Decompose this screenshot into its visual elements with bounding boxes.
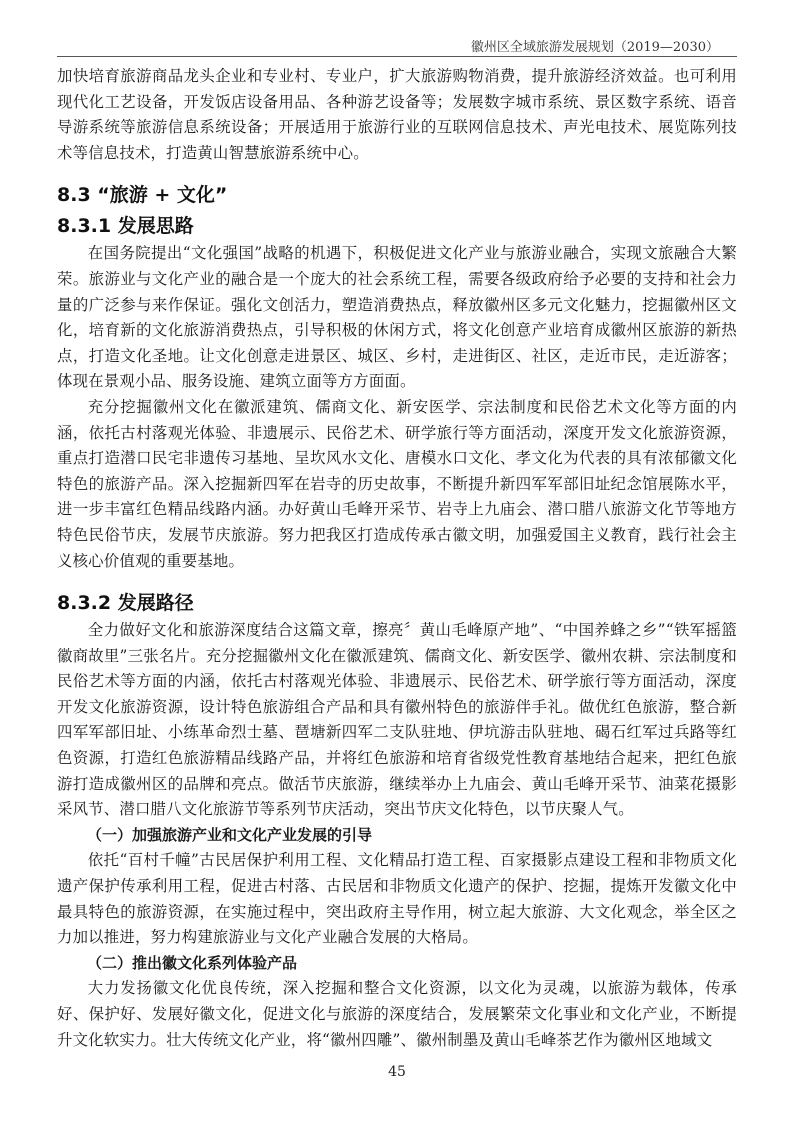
subsection-heading-8-3-2: 8.3.2 发展路径 xyxy=(57,588,737,618)
paragraph: 充分挖掘徽州文化在徽派建筑、儒商文化、新安医学、宗法制度和民俗艺术文化等方面的内… xyxy=(57,395,737,574)
paragraph: 全力做好文化和旅游深度结合这篇文章，擦亮〞黄山毛峰原产地”、“中国养蜂之乡”“铁… xyxy=(57,618,737,823)
paragraph: 在国务院提出“文化强国”战略的机遇下，积极促进文化产业与旅游业融合，实现文旅融合… xyxy=(57,241,737,395)
intro-paragraph: 加快培育旅游商品龙头企业和专业村、专业户，扩大旅游购物消费，提升旅游经济效益。也… xyxy=(57,64,737,166)
subsection-heading-8-3-1: 8.3.1 发展思路 xyxy=(57,211,737,241)
page-number: 45 xyxy=(57,1064,737,1080)
running-header: 徽州区全域旅游发展规划（2019—2030） xyxy=(57,36,737,55)
paragraph: 大力发扬徽文化优良传统，深入挖掘和整合文化资源，以文化为灵魂，以旅游为载体，传承… xyxy=(57,976,737,1053)
item-heading-1: （一）加强旅游产业和文化产业发展的引导 xyxy=(57,823,737,849)
item-heading-2: （二）推出徽文化系列体验产品 xyxy=(57,951,737,977)
header-divider xyxy=(57,56,737,57)
section-heading-8-3: 8.3 “旅游 + 文化” xyxy=(57,180,737,210)
paragraph: 依托“百村千幢”古民居保护利用工程、文化精品打造工程、百家摄影点建设工程和非物质… xyxy=(57,848,737,950)
page-content: 加快培育旅游商品龙头企业和专业村、专业户，扩大旅游购物消费，提升旅游经济效益。也… xyxy=(57,64,737,1053)
